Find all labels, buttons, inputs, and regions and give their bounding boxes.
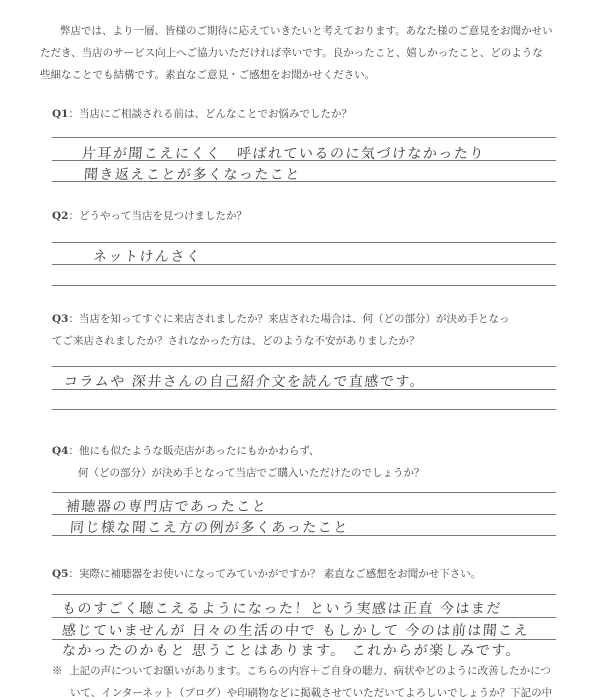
note-line: 上記の声についてお願いがあります。こちらの内容＋ご自身の聴力、病状やどのように改… [69,665,551,677]
question-label: Q1 [52,108,68,120]
answer-5-line-2: 感じていませんが 日々の生活の中で もしかして 今のは前は聞こえ [61,620,530,640]
question-2: Q2：どうやって当店を見つけましたか？ [52,205,247,227]
question-text: ：当店を知ってすぐに来店されましたか？来店された場合は、何（どの部分）が決め手と… [68,313,509,325]
answer-rule [52,181,556,182]
answer-rule [52,594,556,595]
answer-rule [52,285,556,286]
answer-rule [52,366,556,367]
intro-line: ただき、当店のサービス向上へご協力いただければ幸いです。良かったこと、嬉しかった… [50,42,560,64]
question-label: Q5 [52,568,68,580]
answer-rule [52,160,556,161]
answer-rule [52,514,556,515]
answer-5-line-1: ものすごく聴こえるようになった！という実感は正直 今はまだ [61,598,502,618]
question-1: Q1：当店にご相談される前は、どんなことでお悩みでしたか？ [52,103,352,125]
answer-rule [52,242,556,243]
answer-rule [52,137,556,138]
answer-rule [52,264,556,265]
note-mark: ※ [52,665,63,677]
note-section: ※ 上記の声についてお願いがあります。こちらの内容＋ご自身の聴力、病状やどのよう… [52,660,572,700]
question-text: ：当店にご相談される前は、どんなことでお悩みでしたか？ [68,108,352,120]
answer-rule [52,617,556,618]
question-text: てご来店されましたか？されなかった方は、どのような不安がありましたか？ [52,330,509,352]
question-label: Q4 [52,445,68,457]
answer-4-line-1: 補聴器の専門店であったこと [65,496,268,516]
question-4: Q4：他にも似たような販売店があったにもかかわらず、 何（どの部分）が決め手とな… [52,440,425,484]
answer-5-line-3: なかったのかもと 思うことはあります。 これからが楽しみです。 [61,640,522,660]
intro-line: 些細なことでも結構です。素直なご意見・ご感想をお聞かせください。 [50,64,560,86]
answer-3-line-1: コラムや 深井さんの自己紹介文を読んで直感です。 [63,371,426,391]
question-text: 何（どの部分）が決め手となって当店でご購入いただけたのでしょうか？ [52,462,425,484]
question-5: Q5：実際に補聴器をお使いになってみていかがですか？ 素直なご感想をお聞かせ下さ… [52,563,481,585]
question-label: Q2 [52,210,68,222]
note-line: いて、インターネット（ブログ）や印刷物などに掲載させていただいてよろしいでしょう… [52,682,572,700]
intro-line: 弊店では、より一層、皆様のご期待に応えていきたいと考えております。あなた様のご意… [50,20,560,42]
answer-2-line-1: ネットけんさく [92,246,202,266]
intro-paragraph: 弊店では、より一層、皆様のご期待に応えていきたいと考えております。あなた様のご意… [50,20,560,86]
question-text: ：実際に補聴器をお使いになってみていかがですか？ 素直なご感想をお聞かせ下さい。 [68,568,481,580]
survey-page: 弊店では、より一層、皆様のご期待に応えていきたいと考えております。あなた様のご意… [0,0,600,700]
answer-rule [52,409,556,410]
question-text: ：他にも似たような販売店があったにもかかわらず、 [68,445,319,457]
question-text: ：どうやって当店を見つけましたか？ [68,210,247,222]
answer-rule [52,492,556,493]
question-3: Q3：当店を知ってすぐに来店されましたか？来店された場合は、何（どの部分）が決め… [52,308,509,352]
answer-rule [52,535,556,536]
answer-4-line-2: 同じ様な聞こえ方の例が多くあったこと [69,517,349,537]
answer-rule [52,389,556,390]
question-label: Q3 [52,313,68,325]
